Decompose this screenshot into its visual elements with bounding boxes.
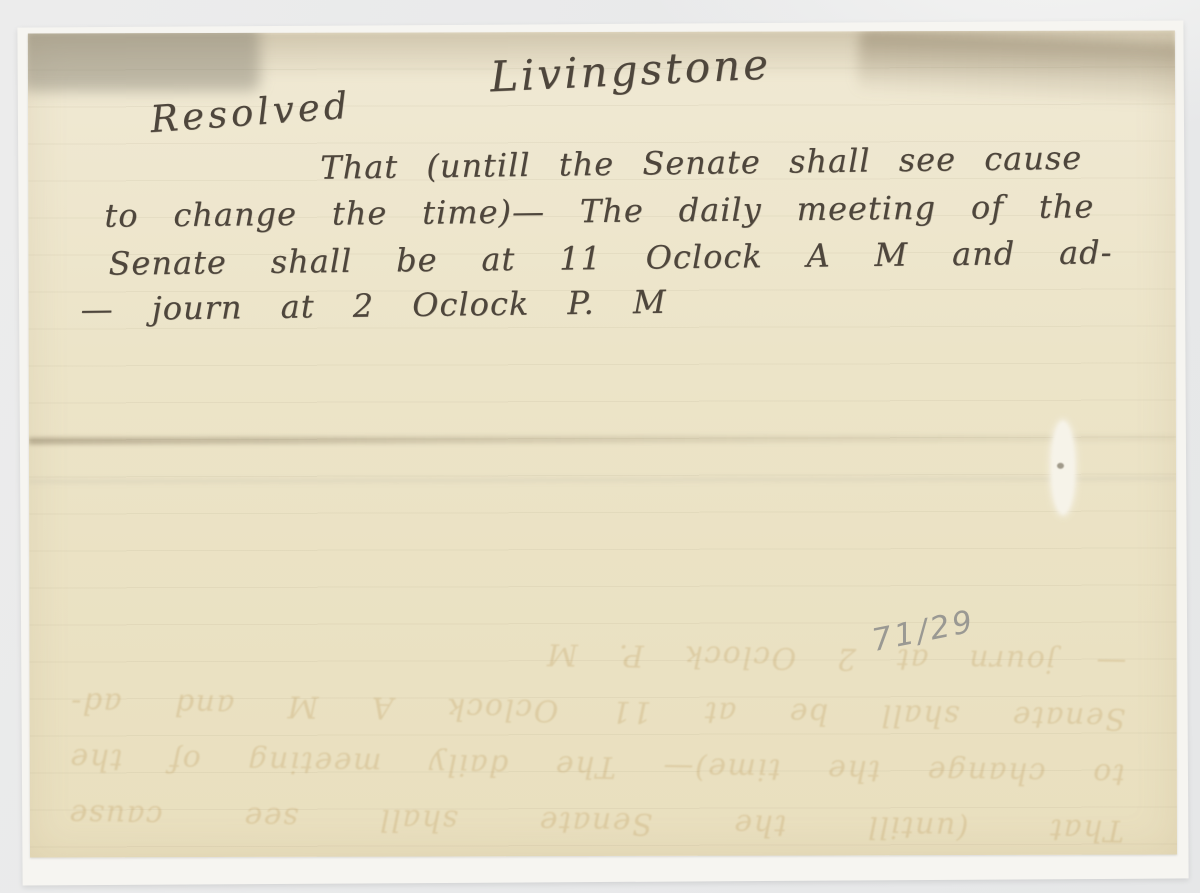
manuscript-page: That (untill the Senate shall see cause …	[28, 31, 1177, 858]
top-left-corner-stain	[28, 31, 260, 92]
manuscript-line-resolved: Resolved	[149, 84, 353, 141]
horizontal-crease	[29, 435, 1176, 445]
bleedthrough-line: — journ at 2 Oclock P. M	[545, 625, 1127, 690]
wax-spot-speck	[1057, 463, 1064, 469]
manuscript-line-5: — journ at 2 Oclock P. M	[80, 283, 666, 329]
scan-background: That (untill the Senate shall see cause …	[0, 0, 1200, 893]
horizontal-crease-highlight	[29, 477, 1176, 484]
backing-sheet: That (untill the Senate shall see cause …	[17, 20, 1188, 885]
manuscript-line-2: That (untill the Senate shall see cause	[320, 139, 1082, 187]
manuscript-line-3: to change the time)— The daily meeting o…	[104, 187, 1094, 235]
manuscript-line-4: Senate shall be at 11 Oclock A M and ad-	[108, 233, 1112, 282]
top-right-stain	[857, 31, 1177, 105]
